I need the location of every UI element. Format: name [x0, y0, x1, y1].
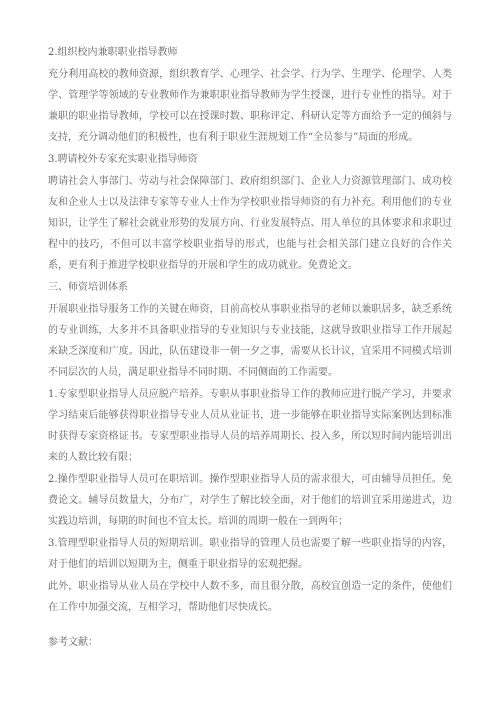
paragraph: 3.管理型职业指导人员的短期培训。职业指导的管理人员也需要了解一些职业指导的内容… [48, 533, 452, 575]
text-line: 知识，让学生了解社会就业形势的发展方向、行业发展特点、用人单位的具体要求和求职过 [48, 213, 452, 234]
paragraph: 聘请社会人事部门、劳动与社会保障部门、政府组织部门、企业人力资源管理部门、成功校… [48, 171, 452, 276]
paragraph: 此外，职业指导从业人员在学校中人数不多，而且很分散，高校宜创造一定的条件，使他们… [48, 576, 452, 618]
text-line: 费论文。辅导员数量大，分布广，对学生了解比较全面，对于他们的培训宜采用递进式，边 [48, 490, 452, 511]
text-line: 的专业训练，大多并不具备职业指导的专业知识与专业技能，这就导致职业指导工作开展起 [48, 320, 452, 341]
text-line: 友和企业人士以及法律专家等专业人士作为学校职业指导师资的有力补充。利用他们的专业 [48, 192, 452, 213]
paragraph: 充分利用高校的教师资源，组织教育学、心理学、社会学、行为学、生理学、伦理学、人类… [48, 64, 452, 148]
chapter-heading: 三、师资培训体系 [48, 277, 452, 298]
text-line: 1.专家型职业指导人员应脱产培养。专职从事职业指导工作的教师应进行脱产学习，并要… [48, 384, 452, 405]
text-line: 兼职的职业指导教师，学校可以在授课时数、职称评定、科研认定等方面给予一定的倾斜与 [48, 106, 452, 127]
text-line: 三、师资培训体系 [48, 277, 452, 298]
section-heading-2: 2.组织校内兼职职业指导教师 [48, 42, 452, 63]
paragraph: 开展职业指导服务工作的关键在师资，目前高校从事职业指导的老师以兼职居多，缺乏系统… [48, 299, 452, 383]
section-heading-3: 3.聘请校外专家充实职业指导师资 [48, 149, 452, 170]
text-line: 对于他们的培训以短期为主，侧重于职业指导的宏观把握。 [48, 554, 452, 575]
text-line: 不同层次的人员，满足职业指导不同时期、不同侧面的工作需要。 [48, 362, 452, 383]
text-line: 参考文献： [48, 632, 452, 653]
text-line: 3.管理型职业指导人员的短期培训。职业指导的管理人员也需要了解一些职业指导的内容… [48, 533, 452, 554]
references-heading: 参考文献： [48, 632, 452, 653]
text-line: 实践边培训，每期的时间也不宜太长。培训的周期一般在一到两年； [48, 511, 452, 532]
paragraph: 1.专家型职业指导人员应脱产培养。专职从事职业指导工作的教师应进行脱产学习，并要… [48, 384, 452, 468]
text-line: 学习结束后能够获得职业指导专业人员从业证书，进一步能够在职业指导实际案例达到标准 [48, 405, 452, 426]
text-line: 2.组织校内兼职职业指导教师 [48, 42, 452, 63]
text-line: 来的人数比较有限； [48, 447, 452, 468]
text-line: 系，更有利于推进学校职业指导的开展和学生的成功就业。免费论文。 [48, 255, 452, 276]
text-line: 开展职业指导服务工作的关键在师资，目前高校从事职业指导的老师以兼职居多，缺乏系统 [48, 299, 452, 320]
text-line: 聘请社会人事部门、劳动与社会保障部门、政府组织部门、企业人力资源管理部门、成功校 [48, 171, 452, 192]
text-line: 2.操作型职业指导人员可在职培训。操作型职业指导人员的需求很大，可由辅导员担任。… [48, 469, 452, 490]
text-line: 支持，充分调动他们的积极性，也有利于职业生涯规划工作“全员参与”局面的形成。 [48, 127, 452, 148]
document-body: 2.组织校内兼职职业指导教师充分利用高校的教师资源，组织教育学、心理学、社会学、… [48, 42, 452, 654]
text-line: 在工作中加强交流，互相学习，帮助他们尽快成长。 [48, 597, 452, 618]
paragraph: 2.操作型职业指导人员可在职培训。操作型职业指导人员的需求很大，可由辅导员担任。… [48, 469, 452, 532]
text-line: 程中的技巧，不但可以丰富学校职业指导的形式，也能与社会相关部门建立良好的合作关 [48, 234, 452, 255]
text-line: 学、管理学等领域的专业教师作为兼职职业指导教师为学生授课，进行专业性的指导。对于 [48, 85, 452, 106]
text-line: 3.聘请校外专家充实职业指导师资 [48, 149, 452, 170]
text-line: 此外，职业指导从业人员在学校中人数不多，而且很分散，高校宜创造一定的条件，使他们 [48, 576, 452, 597]
text-line: 充分利用高校的教师资源，组织教育学、心理学、社会学、行为学、生理学、伦理学、人类 [48, 64, 452, 85]
text-line: 时获得专家资格证书。专家型职业指导人员的培养周期长、投入多，所以短时间内能培训出 [48, 426, 452, 447]
text-line: 来缺乏深度和广度。因此，队伍建设非一朝一夕之事，需要从长计议，宜采用不同模式培训 [48, 341, 452, 362]
